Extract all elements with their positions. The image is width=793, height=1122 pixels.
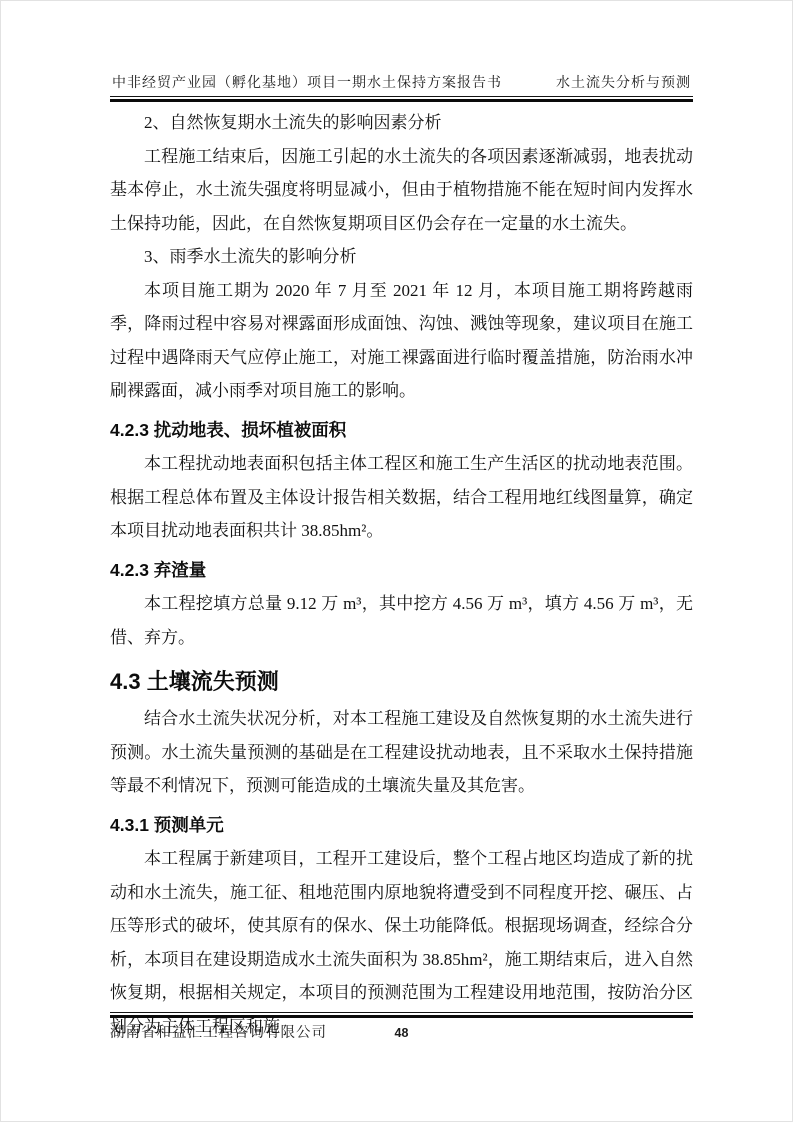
document-page: 中非经贸产业园（孵化基地）项目一期水土保持方案报告书 水土流失分析与预测 2、自…	[0, 0, 793, 1122]
document-body: 2、自然恢复期水土流失的影响因素分析 工程施工结束后，因施工引起的水土流失的各项…	[110, 106, 693, 1043]
header-right-title: 水土流失分析与预测	[556, 74, 691, 94]
page-number: 48	[110, 1021, 693, 1045]
header-left-title: 中非经贸产业园（孵化基地）项目一期水土保持方案报告书	[112, 74, 502, 94]
header-rule	[110, 96, 693, 102]
page-footer: 湖南省和益汇工程咨询有限公司 48	[110, 1012, 693, 1045]
footer-row: 湖南省和益汇工程咨询有限公司 48	[110, 1021, 693, 1045]
page-header: 中非经贸产业园（孵化基地）项目一期水土保持方案报告书 水土流失分析与预测	[110, 74, 693, 96]
paragraph-rainy-season-analysis: 本项目施工期为 2020 年 7 月至 2021 年 12 月，本项目施工期将跨…	[110, 274, 693, 408]
list-item-3-rainy-season-analysis: 3、雨季水土流失的影响分析	[110, 240, 693, 274]
section-heading-4-2-3-disturbed-surface: 4.2.3 扰动地表、损坏植被面积	[110, 414, 693, 448]
section-heading-4-2-3-spoil-volume: 4.2.3 弃渣量	[110, 554, 693, 588]
paragraph-soil-loss-prediction-intro: 结合水土流失状况分析，对本工程施工建设及自然恢复期的水土流失进行预测。水土流失量…	[110, 702, 693, 803]
paragraph-natural-recovery-analysis: 工程施工结束后，因施工引起的水土流失的各项因素逐渐减弱，地表扰动基本停止，水土流…	[110, 140, 693, 241]
page-content: 中非经贸产业园（孵化基地）项目一期水土保持方案报告书 水土流失分析与预测 2、自…	[110, 74, 693, 1043]
section-heading-4-3-soil-loss-prediction: 4.3 土壤流失预测	[110, 662, 693, 702]
paragraph-disturbed-surface-area: 本工程扰动地表面积包括主体工程区和施工生产生活区的扰动地表范围。根据工程总体布置…	[110, 447, 693, 548]
list-item-2-natural-recovery-factors: 2、自然恢复期水土流失的影响因素分析	[110, 106, 693, 140]
paragraph-spoil-volume: 本工程挖填方总量 9.12 万 m³，其中挖方 4.56 万 m³，填方 4.5…	[110, 587, 693, 654]
footer-rule	[110, 1012, 693, 1018]
section-heading-4-3-1-prediction-units: 4.3.1 预测单元	[110, 809, 693, 843]
